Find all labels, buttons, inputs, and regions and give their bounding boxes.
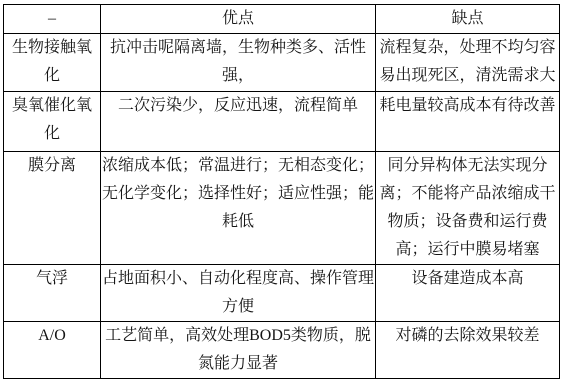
pros-cell: 二次污染少，反应迅速，流程简单 <box>101 92 376 152</box>
method-cell: A/O <box>4 322 101 379</box>
cons-cell: 同分异构体无法实现分离；不能将产品浓缩成干物质；设备费和运行费高；运行中膜易堵塞 <box>376 152 560 265</box>
cons-cell: 设备建造成本高 <box>376 265 560 322</box>
pros-cell: 抗冲击呢隔离墙，生物种类多、活性强， <box>101 34 376 92</box>
method-cell: 气浮 <box>4 265 101 322</box>
table-header-row: – 优点 缺点 <box>4 5 560 34</box>
table-row: 气浮 占地面积小、自动化程度高、操作管理方便 设备建造成本高 <box>4 265 560 322</box>
document-page: – 优点 缺点 生物接触氧化 抗冲击呢隔离墙，生物种类多、活性强， 流程复杂，处… <box>0 0 565 383</box>
cons-cell: 对磷的去除效果较差 <box>376 322 560 379</box>
header-method-placeholder: – <box>4 5 101 34</box>
header-cons: 缺点 <box>376 5 560 34</box>
table-row: A/O 工艺简单，高效处理BOD5类物质，脱氮能力显著 对磷的去除效果较差 <box>4 322 560 379</box>
table-row: 臭氧催化氧化 二次污染少，反应迅速，流程简单 耗电量较高成本有待改善 <box>4 92 560 152</box>
header-pros: 优点 <box>101 5 376 34</box>
table-row: 生物接触氧化 抗冲击呢隔离墙，生物种类多、活性强， 流程复杂，处理不均匀容易出现… <box>4 34 560 92</box>
cons-cell: 耗电量较高成本有待改善 <box>376 92 560 152</box>
pros-cell: 占地面积小、自动化程度高、操作管理方便 <box>101 265 376 322</box>
comparison-table: – 优点 缺点 生物接触氧化 抗冲击呢隔离墙，生物种类多、活性强， 流程复杂，处… <box>3 4 560 379</box>
method-cell: 膜分离 <box>4 152 101 265</box>
pros-cell: 浓缩成本低；常温进行；无相态变化；无化学变化；选择性好；适应性强；能耗低 <box>101 152 376 265</box>
pros-cell: 工艺简单，高效处理BOD5类物质，脱氮能力显著 <box>101 322 376 379</box>
table-row: 膜分离 浓缩成本低；常温进行；无相态变化；无化学变化；选择性好；适应性强；能耗低… <box>4 152 560 265</box>
table-body: 生物接触氧化 抗冲击呢隔离墙，生物种类多、活性强， 流程复杂，处理不均匀容易出现… <box>4 34 560 379</box>
method-cell: 臭氧催化氧化 <box>4 92 101 152</box>
method-cell: 生物接触氧化 <box>4 34 101 92</box>
cons-cell: 流程复杂，处理不均匀容易出现死区，清洗需求大 <box>376 34 560 92</box>
